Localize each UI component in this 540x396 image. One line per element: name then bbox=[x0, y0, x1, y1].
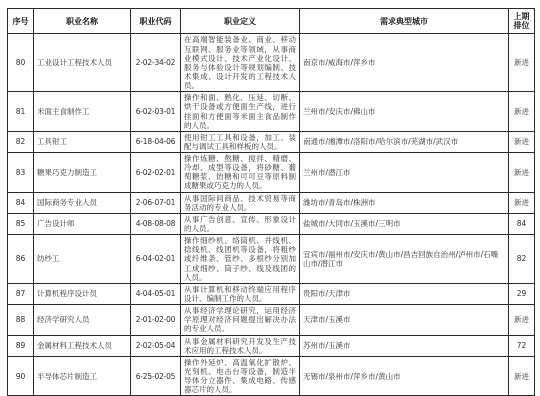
table-row: 81米面主食制作工6-02-03-01操作和面、熟化、压延、切断、烘干设备或方便… bbox=[8, 92, 535, 132]
row-number: 82 bbox=[8, 131, 34, 152]
occupation-name: 经济学研究人员 bbox=[34, 305, 131, 335]
occupation-name: 纺纱工 bbox=[34, 235, 131, 284]
col-header-rank: 上期排位 bbox=[509, 9, 535, 34]
demand-cities: 宜宾市/福州市/安庆市/黄山市/昌吉回族自治州/泸州市/石嘴山市/潜江市 bbox=[300, 235, 509, 284]
table-row: 82工具钳工6-18-04-06使用钳工工具和设备，加工、装配与调试工具和样板的… bbox=[8, 131, 535, 152]
occupation-definition: 操作和面、熟化、压延、切断、烘干设备或方便面生产线，进行挂面和方便面等米面主食品… bbox=[181, 92, 300, 132]
occupation-code: 6-02-03-01 bbox=[131, 92, 181, 132]
occupation-definition: 使用钳工工具和设备，加工、装配与调试工具和样板的人员。 bbox=[181, 131, 300, 152]
col-header-code: 职业代码 bbox=[131, 9, 181, 34]
occupation-name: 糖果巧克力制造工 bbox=[34, 153, 131, 193]
table-row: 89金属材料工程技术人员2-02-05-04从事金属材料研究开发及生产技术应用的… bbox=[8, 335, 535, 356]
occupation-name: 工具钳工 bbox=[34, 131, 131, 152]
document-page: 序号职业名称职业代码职业定义需求典型城市上期排位 80工业设计工程技术人员2-0… bbox=[7, 8, 534, 359]
previous-rank: 新进 bbox=[509, 92, 535, 132]
table-row: 86纺纱工6-04-02-01操作细纱机、络筒机、并线机、捻线机、线团机等设备，… bbox=[8, 235, 535, 284]
occupation-name: 计算机程序设计员 bbox=[34, 283, 131, 304]
table-row: 87计算机程序设计员4-04-05-01从事计算机和移动终端应用程序设计、编制工… bbox=[8, 283, 535, 304]
occupation-definition: 操作炼糖、熬糖、搅拌、精磨、冷却、成型等设备，将砂糖、葡萄糖浆、饴糖和可可豆等原… bbox=[181, 153, 300, 193]
row-number: 85 bbox=[8, 213, 34, 234]
occupation-code: 4-04-05-01 bbox=[131, 283, 181, 304]
occupation-code: 6-04-02-01 bbox=[131, 235, 181, 284]
occupation-table: 序号职业名称职业代码职业定义需求典型城市上期排位 80工业设计工程技术人员2-0… bbox=[7, 8, 535, 359]
occupation-code: 2-02-34-02 bbox=[131, 34, 181, 92]
occupation-code: 2-02-05-04 bbox=[131, 335, 181, 356]
previous-rank: 新进 bbox=[509, 305, 535, 335]
previous-rank: 29 bbox=[509, 283, 535, 304]
occupation-name: 金属材料工程技术人员 bbox=[34, 335, 131, 356]
row-number: 83 bbox=[8, 153, 34, 193]
table-row: 88经济学研究人员2-01-02-00从事经济学理论研究，运用经济学原理对经济问… bbox=[8, 305, 535, 335]
demand-cities: 潍坊市/青岛市/株洲市 bbox=[300, 192, 509, 213]
row-number: 80 bbox=[8, 34, 34, 92]
occupation-definition: 从事广告创意、宣传、形象设计的人员。 bbox=[181, 213, 300, 234]
demand-cities: 南通市/湘潭市/洛阳市/哈尔滨市/芜湖市/武汉市 bbox=[300, 131, 509, 152]
occupation-name: 米面主食制作工 bbox=[34, 92, 131, 132]
previous-rank: 新进 bbox=[509, 192, 535, 213]
occupation-code: 4-08-08-08 bbox=[131, 213, 181, 234]
demand-cities: 兰州市/安庆市/佛山市 bbox=[300, 92, 509, 132]
occupation-code: 6-02-02-01 bbox=[131, 153, 181, 193]
demand-cities: 盐城市/大同市/玉溪市/三明市 bbox=[300, 213, 509, 234]
occupation-definition: 从事计算机和移动终端应用程序设计、编制工作的人员。 bbox=[181, 283, 300, 304]
occupation-definition: 从事经济学理论研究，运用经济学原理对经济问题提出解决办法的专业人员。 bbox=[181, 305, 300, 335]
row-number: 86 bbox=[8, 235, 34, 284]
demand-cities: 苏州市/玉溪市 bbox=[300, 335, 509, 356]
table-row: 80工业设计工程技术人员2-02-34-02在高端智能装备业、商业、移动互联网、… bbox=[8, 34, 535, 92]
demand-cities: 天津市/玉溪市 bbox=[300, 305, 509, 335]
occupation-code: 2-06-07-01 bbox=[131, 192, 181, 213]
row-number: 88 bbox=[8, 305, 34, 335]
table-row: 83糖果巧克力制造工6-02-02-01操作炼糖、熬糖、搅拌、精磨、冷却、成型等… bbox=[8, 153, 535, 193]
occupation-name: 广告设计师 bbox=[34, 213, 131, 234]
col-header-definition: 职业定义 bbox=[181, 9, 300, 34]
table-header: 序号职业名称职业代码职业定义需求典型城市上期排位 bbox=[8, 9, 535, 34]
occupation-code: 6-18-04-06 bbox=[131, 131, 181, 152]
header-row: 序号职业名称职业代码职业定义需求典型城市上期排位 bbox=[8, 9, 535, 34]
table-row: 85广告设计师4-08-08-08从事广告创意、宣传、形象设计的人员。盐城市/大… bbox=[8, 213, 535, 234]
demand-cities: 南京市/威海市/萍乡市 bbox=[300, 34, 509, 92]
occupation-definition: 操作细纱机、络筒机、并线机、捻线机、线团机等设备，将粗纱或纤维条、管纱、多根纱分… bbox=[181, 235, 300, 284]
previous-rank: 84 bbox=[509, 213, 535, 234]
col-header-cities: 需求典型城市 bbox=[300, 9, 509, 34]
occupation-definition: 在高端智能装备业、商业、移动互联网、服务业等领域，从事商业模式设计、技术产业化设… bbox=[181, 34, 300, 92]
occupation-code: 2-01-02-00 bbox=[131, 305, 181, 335]
row-number: 81 bbox=[8, 92, 34, 132]
occupation-definition: 从事国际间商品、技术贸易等商务活动的专业人员。 bbox=[181, 192, 300, 213]
previous-rank: 新进 bbox=[509, 153, 535, 193]
col-header-name: 职业名称 bbox=[34, 9, 131, 34]
occupation-name: 工业设计工程技术人员 bbox=[34, 34, 131, 92]
occupation-name: 国际商务专业人员 bbox=[34, 192, 131, 213]
col-header-no: 序号 bbox=[8, 9, 34, 34]
occupation-definition: 从事金属材料研究开发及生产技术应用的工程技术人员。 bbox=[181, 335, 300, 356]
previous-rank: 新进 bbox=[509, 34, 535, 92]
previous-rank: 新进 bbox=[509, 131, 535, 152]
demand-cities: 贵阳市/天津市 bbox=[300, 283, 509, 304]
previous-rank: 72 bbox=[509, 335, 535, 356]
occupation-table-body: 80工业设计工程技术人员2-02-34-02在高端智能装备业、商业、移动互联网、… bbox=[8, 34, 535, 359]
demand-cities: 兰州市/潜江市 bbox=[300, 153, 509, 193]
table-row: 84国际商务专业人员2-06-07-01从事国际间商品、技术贸易等商务活动的专业… bbox=[8, 192, 535, 213]
row-number: 89 bbox=[8, 335, 34, 356]
row-number: 87 bbox=[8, 283, 34, 304]
previous-rank: 82 bbox=[509, 235, 535, 284]
row-number: 84 bbox=[8, 192, 34, 213]
